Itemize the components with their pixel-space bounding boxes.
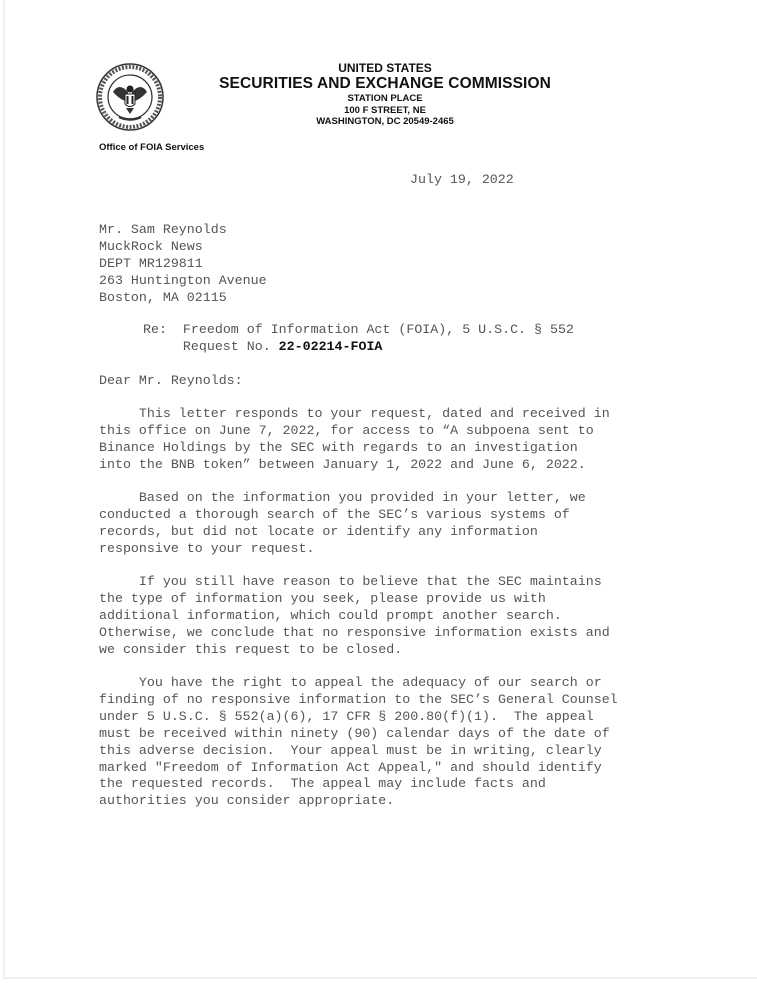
paragraph-line: the requested records. The appeal may in… — [99, 776, 618, 793]
paragraph-request-summary: This letter responds to your request, da… — [99, 406, 610, 474]
recipient-street: 263 Huntington Avenue — [99, 273, 267, 290]
paragraph-line: You have the right to appeal the adequac… — [99, 675, 618, 692]
reference-block: Re: Freedom of Information Act (FOIA), 5… — [143, 322, 574, 356]
paragraph-line: finding of no responsive information to … — [99, 692, 618, 709]
letterhead-street: 100 F STREET, NE — [185, 105, 585, 117]
paragraph-line: marked "Freedom of Information Act Appea… — [99, 760, 618, 777]
recipient-address: Mr. Sam ReynoldsMuckRock NewsDEPT MR1298… — [99, 222, 267, 307]
re-label: Re: — [143, 322, 167, 337]
paragraph-line: under 5 U.S.C. § 552(a)(6), 17 CFR § 200… — [99, 709, 618, 726]
letter-page: UNITED STATES SECURITIES AND EXCHANGE CO… — [3, 0, 757, 979]
paragraph-line: Otherwise, we conclude that no responsiv… — [99, 625, 610, 642]
paragraph-line: This letter responds to your request, da… — [99, 406, 610, 423]
paragraph-line: we consider this request to be closed. — [99, 642, 610, 659]
office-name: Office of FOIA Services — [99, 142, 204, 153]
paragraph-line: records, but did not locate or identify … — [99, 524, 586, 541]
paragraph-search-result: Based on the information you provided in… — [99, 490, 586, 558]
paragraph-line: into the BNB token” between January 1, 2… — [99, 457, 610, 474]
paragraph-line: additional information, which could prom… — [99, 608, 610, 625]
request-number: 22-02214-FOIA — [279, 339, 383, 354]
paragraph-line: this office on June 7, 2022, for access … — [99, 423, 610, 440]
paragraph-line: conducted a thorough search of the SEC’s… — [99, 507, 586, 524]
letterhead-country: UNITED STATES — [185, 61, 585, 75]
paragraph-line: Based on the information you provided in… — [99, 490, 586, 507]
sec-seal-icon — [95, 62, 165, 132]
paragraph-line: If you still have reason to believe that… — [99, 574, 610, 591]
letterhead-agency: SECURITIES AND EXCHANGE COMMISSION — [185, 75, 585, 93]
request-prefix: Request No. — [183, 339, 279, 354]
paragraph-appeal-rights: You have the right to appeal the adequac… — [99, 675, 618, 810]
paragraph-line: the type of information you seek, please… — [99, 591, 610, 608]
paragraph-line: must be received within ninety (90) cale… — [99, 726, 618, 743]
letterhead-city: WASHINGTON, DC 20549-2465 — [185, 116, 585, 128]
salutation: Dear Mr. Reynolds: — [99, 373, 243, 390]
letterhead: UNITED STATES SECURITIES AND EXCHANGE CO… — [185, 61, 585, 128]
paragraph-line: Binance Holdings by the SEC with regards… — [99, 440, 610, 457]
recipient-dept: DEPT MR129811 — [99, 256, 267, 273]
paragraph-line: responsive to your request. — [99, 541, 586, 558]
recipient-city: Boston, MA 02115 — [99, 290, 267, 307]
recipient-organization: MuckRock News — [99, 239, 267, 256]
re-subject: Freedom of Information Act (FOIA), 5 U.S… — [183, 322, 574, 337]
paragraph-line: this adverse decision. Your appeal must … — [99, 743, 618, 760]
letterhead-building: STATION PLACE — [185, 93, 585, 105]
letter-date: July 19, 2022 — [410, 172, 514, 189]
paragraph-closure: If you still have reason to believe that… — [99, 574, 610, 659]
recipient-name: Mr. Sam Reynolds — [99, 222, 267, 239]
paragraph-line: authorities you consider appropriate. — [99, 793, 618, 810]
